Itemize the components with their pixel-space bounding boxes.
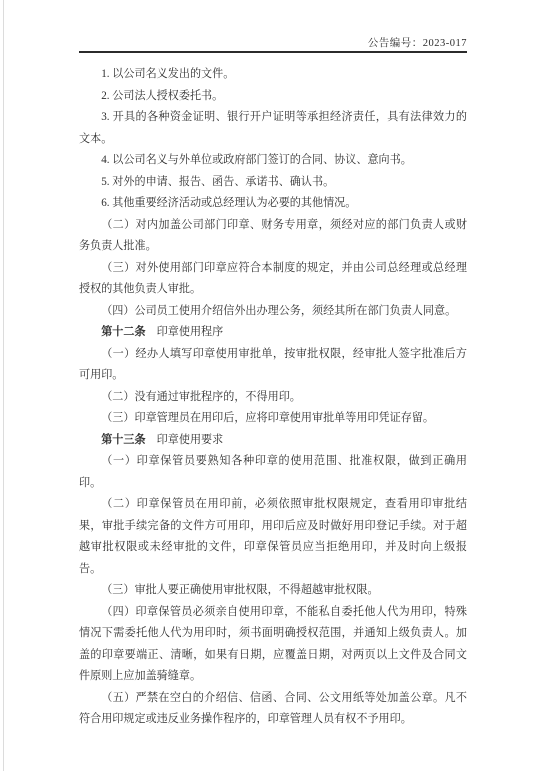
paragraph: （三）对外使用部门印章应符合本制度的规定，并由公司总经理或总经理授权的其他负责人…: [79, 258, 467, 301]
numbered-item: 1. 以公司名义发出的文件。: [79, 64, 467, 86]
paragraph: （四）印章保管员必须亲自使用印章，不能私自委托他人代为用印，特殊情况下需委托他人…: [79, 602, 467, 688]
numbered-item: 2. 公司法人授权委托书。: [79, 86, 467, 108]
paragraph: （一）经办人填写印章使用审批单，按审批权限，经审批人签字批准后方可用印。: [79, 344, 467, 387]
paragraph: （三）审批人要正确使用审批权限，不得超越审批权限。: [79, 580, 467, 602]
article-heading: 第十三条印章使用要求: [79, 430, 467, 452]
paragraph: （二）没有通过审批程序的，不得用印。: [79, 387, 467, 409]
paragraph: （四）公司员工使用介绍信外出办理公务，须经其所在部门负责人同意。: [79, 301, 467, 323]
document-page: 公告编号：2023-017 1. 以公司名义发出的文件。2. 公司法人授权委托书…: [0, 0, 545, 771]
numbered-item: 6. 其他重要经济活动或总经理认为必要的其他情况。: [79, 193, 467, 215]
paragraph: （一）印章保管员要熟知各种印章的使用范围、批准权限，做到正确用印。: [79, 451, 467, 494]
paragraph: （三）印章管理员在用印后，应将印章使用审批单等用印凭证存留。: [79, 408, 467, 430]
doc-number-label: 公告编号：2023-017: [368, 38, 467, 49]
numbered-item: 3. 开具的各种资金证明、银行开户证明等承担经济责任，具有法律效力的文本。: [79, 107, 467, 150]
page-edge-line: [3, 0, 4, 771]
article-number: 第十二条: [101, 326, 145, 338]
paragraph: （五）严禁在空白的介绍信、信函、合同、公文用纸等处加盖公章。凡不符合用印规定或违…: [79, 688, 467, 731]
article-number: 第十三条: [101, 434, 145, 446]
paragraph: （二）印章保管员在用印前，必须依照审批权限规定，查看用印审批结果，审批手续完备的…: [79, 494, 467, 580]
numbered-item: 4. 以公司名义与外单位或政府部门签订的合同、协议、意向书。: [79, 150, 467, 172]
numbered-item: 5. 对外的申请、报告、函告、承诺书、确认书。: [79, 172, 467, 194]
article-heading: 第十二条印章使用程序: [79, 322, 467, 344]
paragraph: （二）对内加盖公司部门印章、财务专用章，须经对应的部门负责人或财务负责人批准。: [79, 215, 467, 258]
article-title: 印章使用要求: [157, 434, 224, 446]
page-header: 公告编号：2023-017: [79, 35, 467, 50]
header-rule: [79, 51, 467, 53]
document-body: 1. 以公司名义发出的文件。2. 公司法人授权委托书。3. 开具的各种资金证明、…: [79, 64, 467, 731]
article-title: 印章使用程序: [157, 326, 224, 338]
